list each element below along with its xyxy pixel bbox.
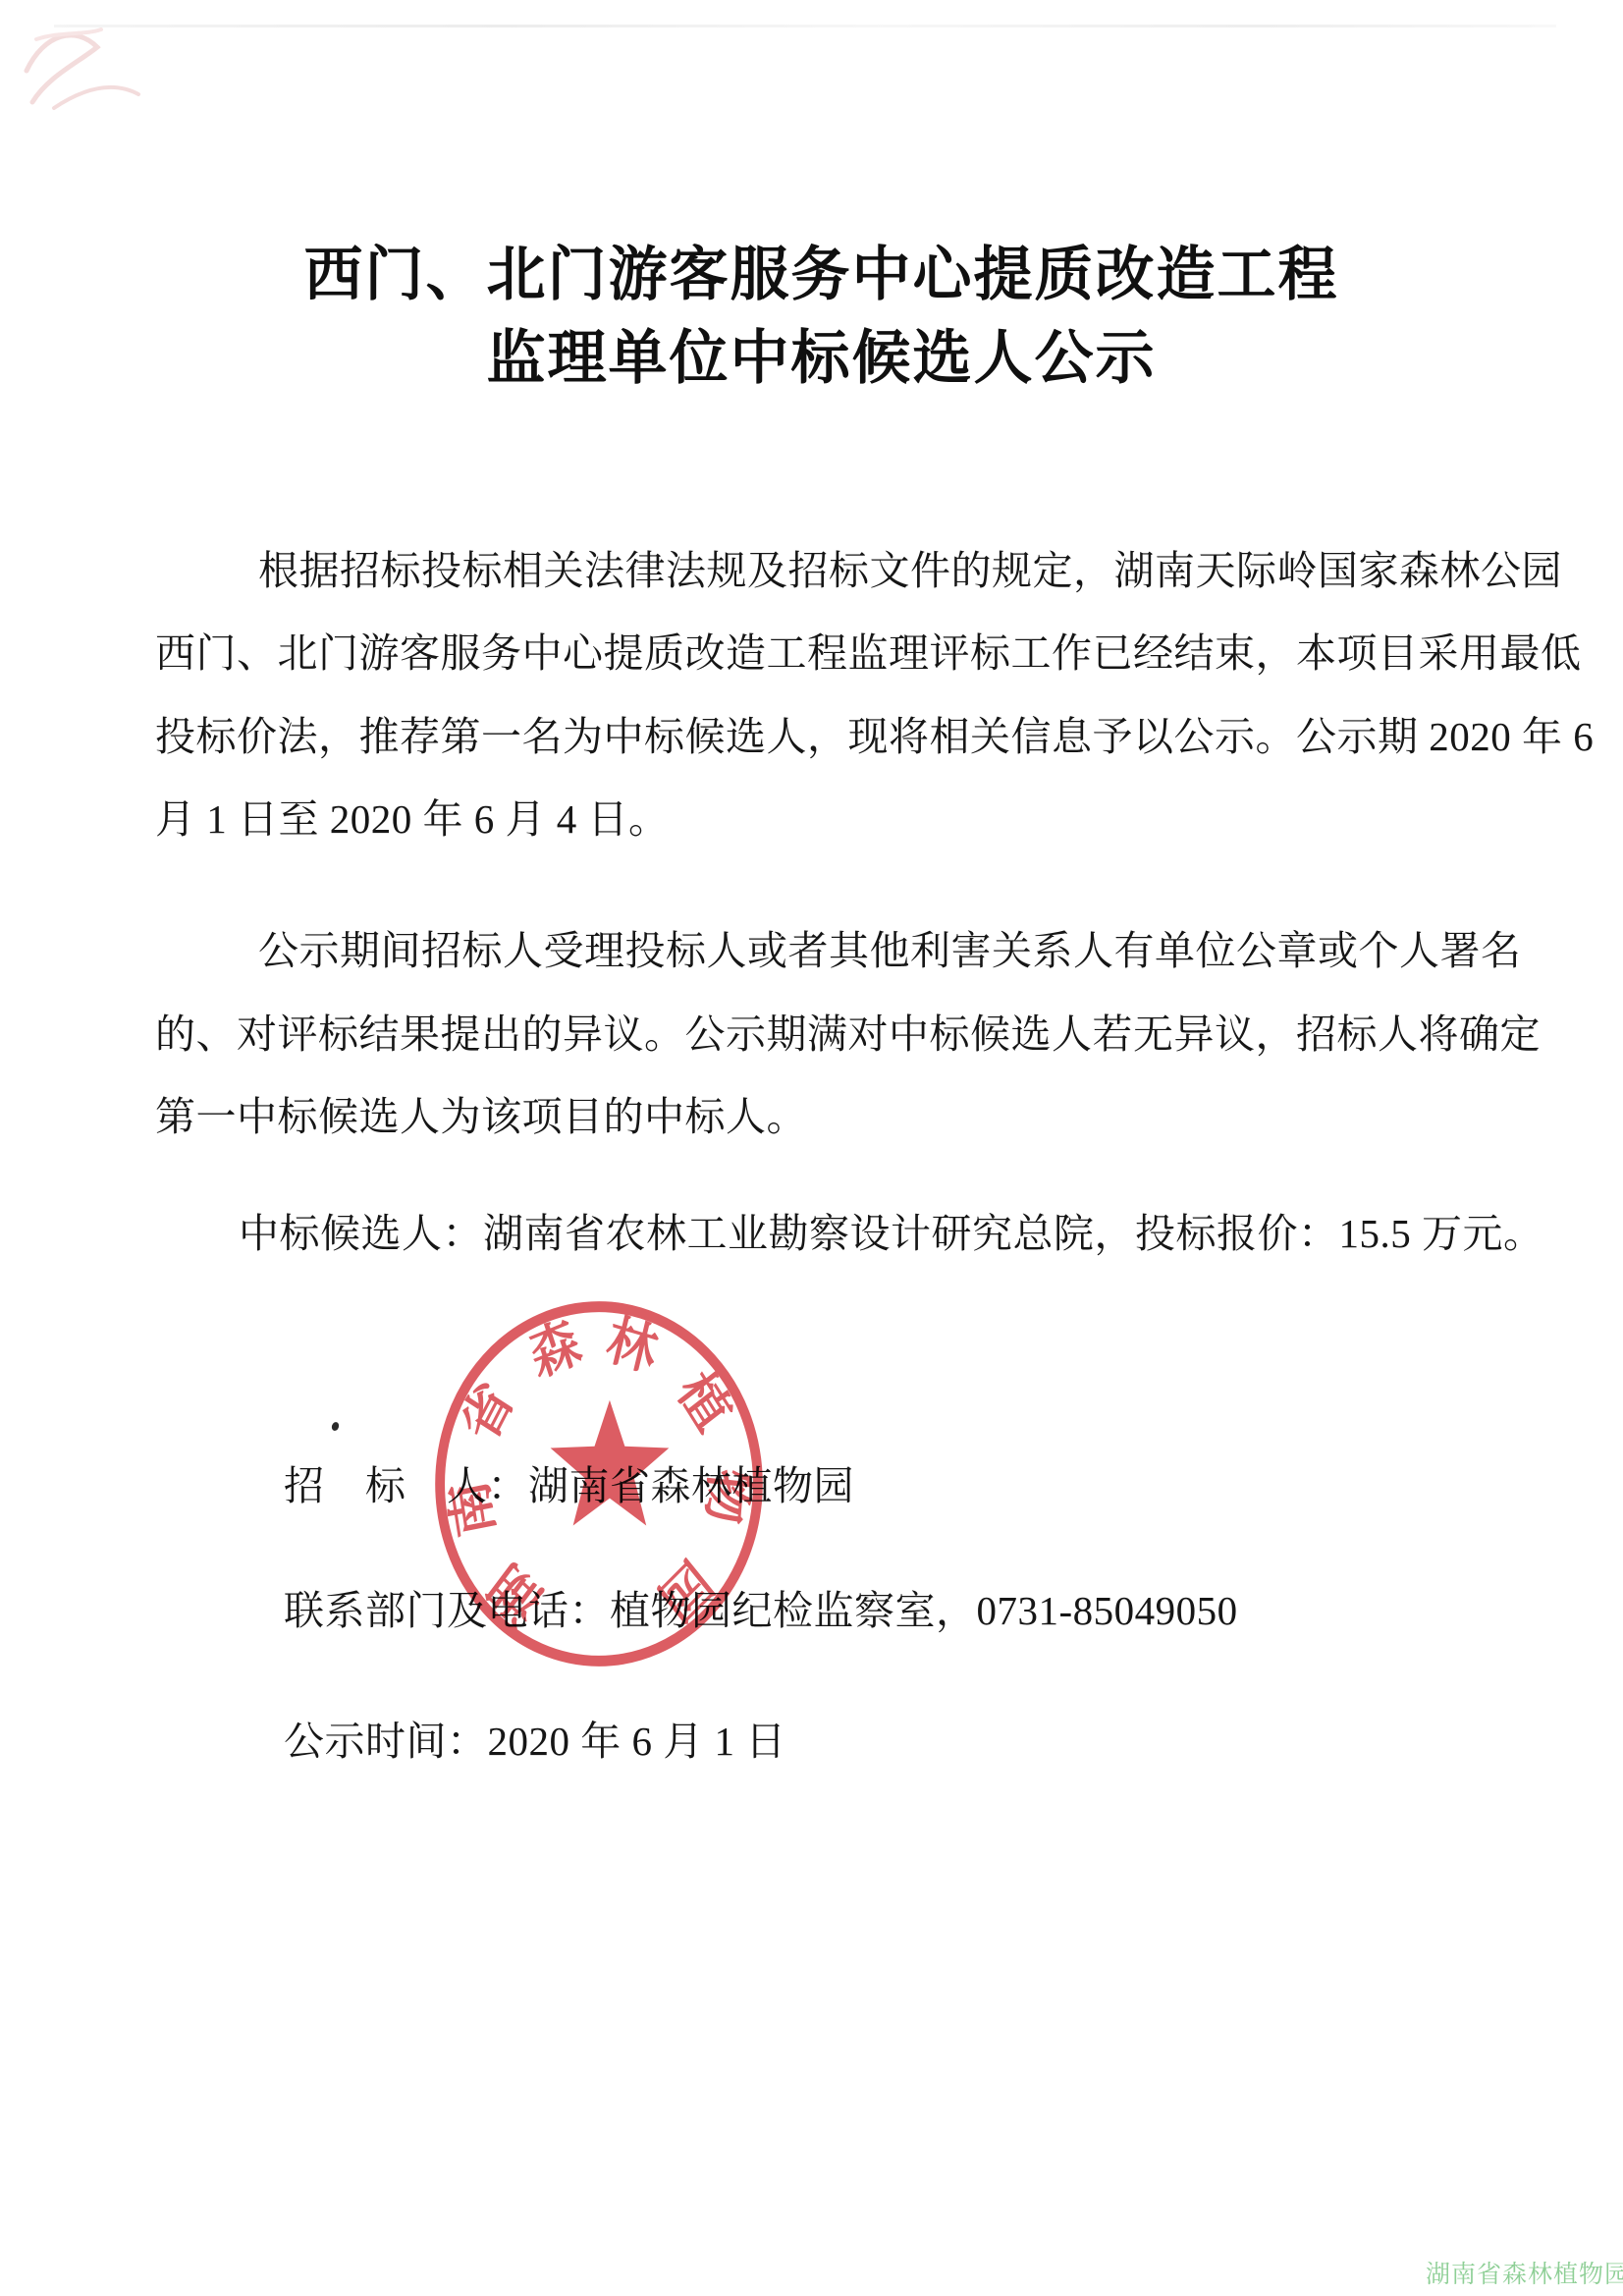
paragraph1-line3: 投标价法，推荐第一名为中标候选人，现将相关信息予以公示。公示期 2020 年 6 <box>155 704 1594 762</box>
seal-char: 林 <box>601 1310 664 1384</box>
seal-char: 南 <box>442 1476 505 1541</box>
seal-char: 湖 <box>480 1552 553 1634</box>
scan-streak-artifact <box>54 25 1556 27</box>
document-title-line1: 西门、北门游客服务中心提质改造工程 <box>10 228 1623 312</box>
pen-scribble-artifact <box>15 10 152 147</box>
site-watermark: 湖南省森林植物园 <box>1426 2255 1623 2290</box>
publish-date-line: 公示时间：2020 年 6 月 1 日 <box>284 1709 786 1767</box>
paragraph1-line1: 根据招标投标相关法律法规及招标文件的规定，湖南天际岭国家森林公园 <box>258 538 1562 596</box>
paragraph1-line2: 西门、北门游客服务中心提质改造工程监理评标工作已经结束，本项目采用最低 <box>155 621 1582 679</box>
paragraph1-line4: 月 1 日至 2020 年 6 月 4 日。 <box>155 787 670 845</box>
paragraph2-line2: 的、对评标结果提出的异议。公示期满对中标候选人若无异议，招标人将确定 <box>155 1002 1541 1060</box>
document-page: 西门、北门游客服务中心提质改造工程 监理单位中标候选人公示 根据招标投标相关法律… <box>0 0 1623 2296</box>
candidate-line: 中标候选人：湖南省农林工业勘察设计研究总院，投标报价：15.5 万元。 <box>239 1201 1544 1259</box>
paragraph2-line1: 公示期间招标人受理投标人或者其他利害关系人有单位公章或个人署名 <box>258 918 1522 976</box>
seal-char: 物 <box>697 1466 756 1526</box>
seal-star-icon <box>551 1400 670 1526</box>
paragraph2-line3: 第一中标候选人为该项目的中标人。 <box>155 1084 807 1142</box>
official-seal: 湖 南 省 森 林 植 物 园 <box>427 1292 771 1675</box>
seal-char: 园 <box>648 1549 722 1631</box>
ink-dot-artifact <box>331 1421 341 1432</box>
publish-date-label: 公示时间： <box>284 1719 488 1764</box>
document-title-line2: 监理单位中标候选人公示 <box>10 311 1623 396</box>
publish-date-value: 2020 年 6 月 1 日 <box>488 1719 786 1764</box>
